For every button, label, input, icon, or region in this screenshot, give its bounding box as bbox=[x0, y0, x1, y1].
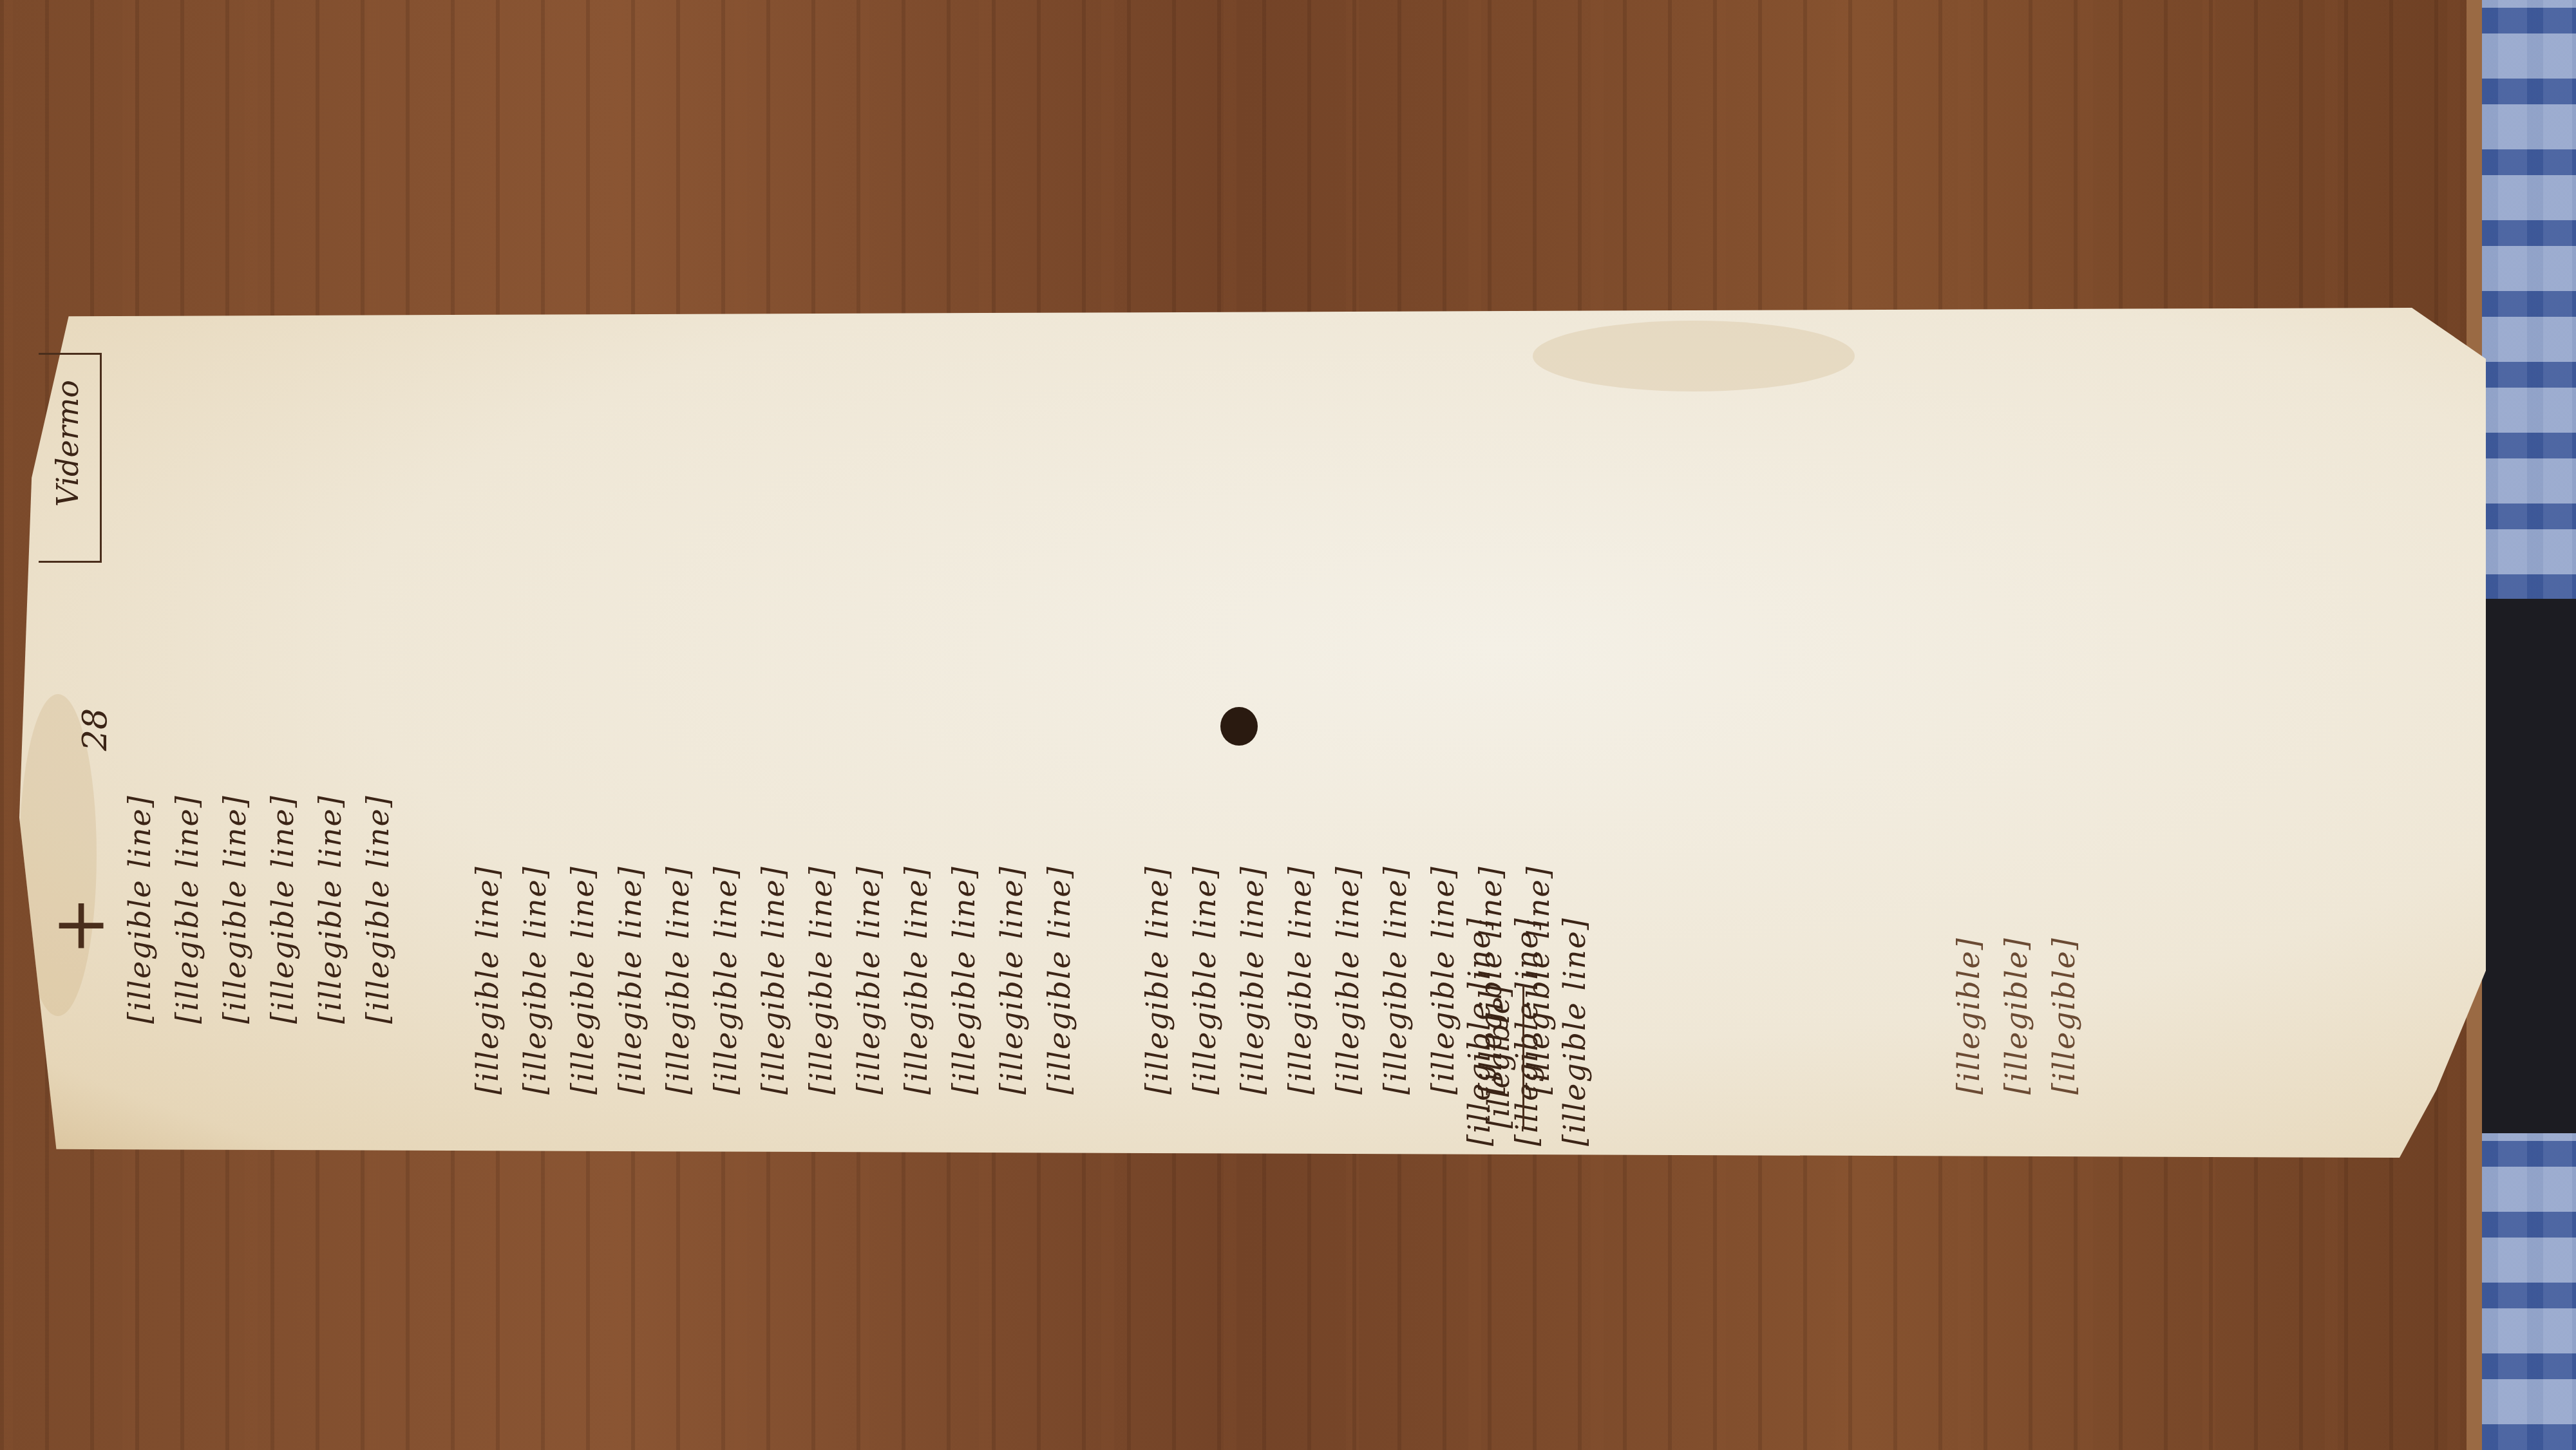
marginal-box-label: Vidermo bbox=[50, 380, 85, 507]
text-block-2: [illegible line] [illegible line] [illeg… bbox=[464, 322, 1083, 1095]
cross-mark: + bbox=[52, 882, 111, 965]
text-block-4: [illegible line] [illegible line] [illeg… bbox=[1455, 889, 1598, 1146]
endorsement: [illegible] [illegible] [illegible] bbox=[1945, 528, 2088, 1095]
bracketed-note: [illegible] bbox=[1481, 985, 1524, 1129]
paper-hole bbox=[1220, 707, 1258, 746]
dark-shadow bbox=[2482, 599, 2576, 1133]
folio-number: 28 bbox=[76, 708, 115, 751]
paper-stain bbox=[1533, 321, 1855, 391]
text-block-1: [illegible line] [illegible line] [illeg… bbox=[116, 361, 402, 1024]
